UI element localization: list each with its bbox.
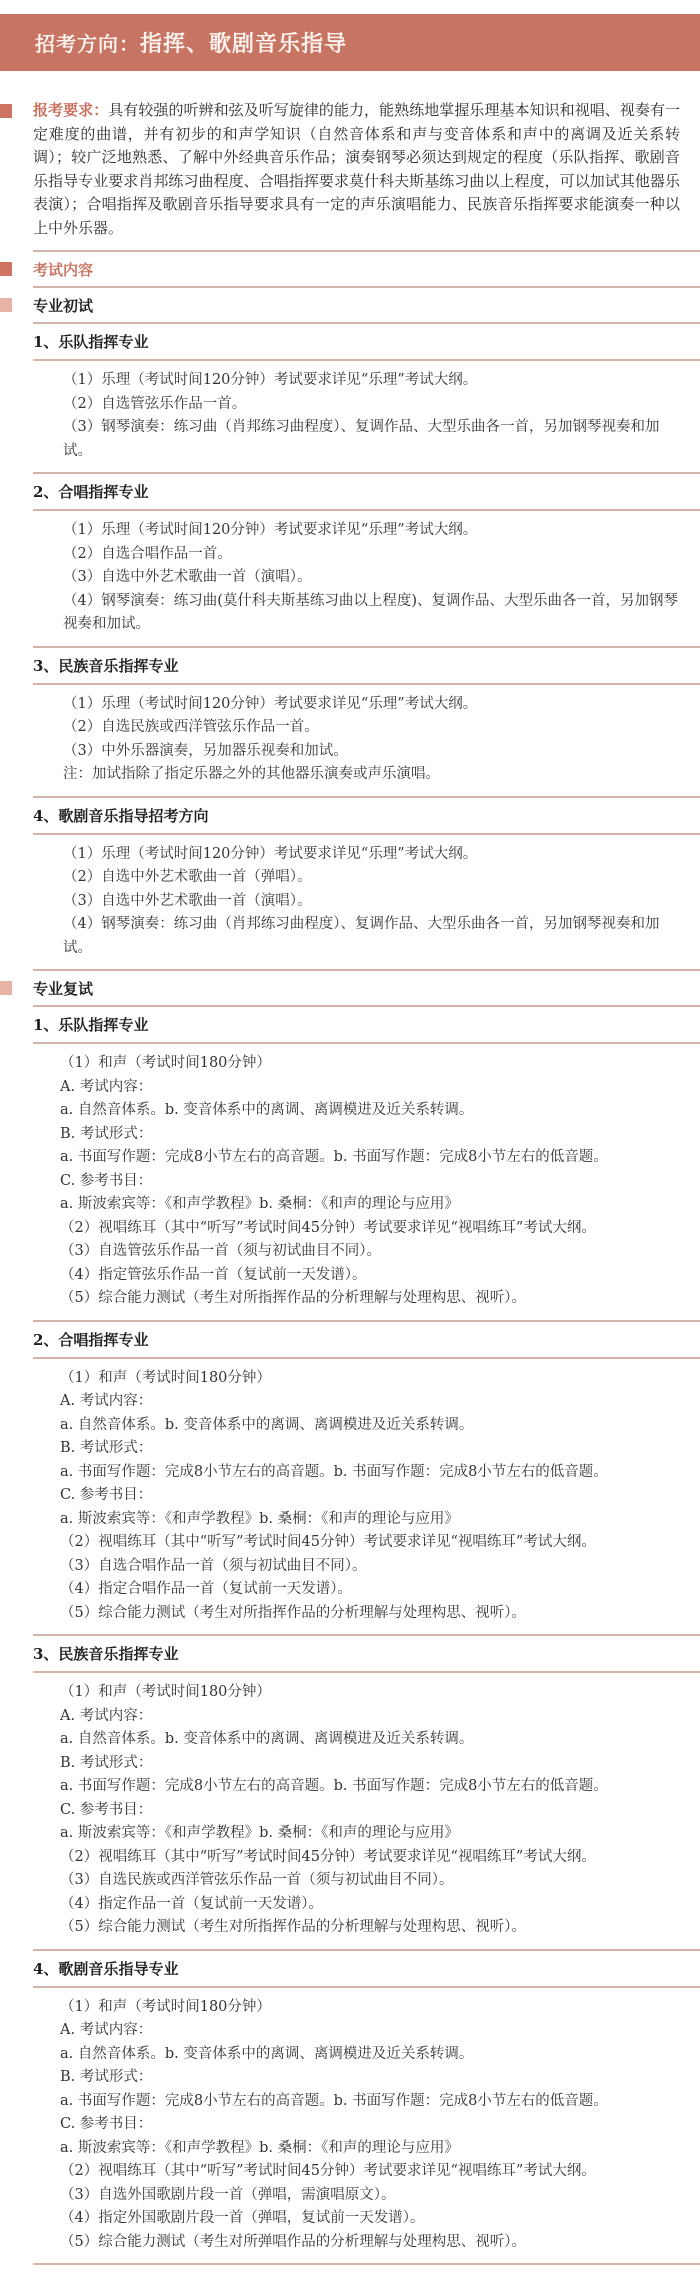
list-item: C. 参考书目： [60, 1799, 680, 1823]
list-item: （2）视唱练耳（其中“听写”考试时间45分钟）考试要求详见“视唱练耳”考试大纲。 [60, 1217, 680, 1241]
list-item: （4）指定管弦乐作品一首（复试前一天发谱）。 [60, 1264, 680, 1288]
major-title: 1、乐队指挥专业 [33, 1007, 700, 1042]
section-preliminary: 专业初试 [33, 288, 700, 324]
major-heading-row: 4、歌剧音乐指导招考方向 [33, 798, 700, 835]
list-item: （2）视唱练耳（其中“听写”考试时间45分钟）考试要求详见“视唱练耳”考试大纲。 [60, 1531, 680, 1555]
list-item: （1）和声（考试时间180分钟） [60, 1052, 680, 1076]
major-items: （1）和声（考试时间180分钟）A. 考试内容：a. 自然音体系。b. 变音体系… [33, 1044, 700, 1322]
major-items: （1）乐理（考试时间120分钟）考试要求详见“乐理”考试大纲。（2）自选管弦乐作… [33, 361, 700, 474]
list-item: a. 书面写作题：完成8小节左右的高音题。b. 书面写作题：完成8小节左右的低音… [60, 2090, 680, 2114]
major-heading-row: 1、乐队指挥专业 [33, 324, 700, 361]
page-title: 招考方向：指挥、歌剧音乐指导 [35, 27, 347, 58]
major-heading-row: 3、民族音乐指挥专业 [33, 1636, 700, 1673]
list-item: （5）综合能力测试（考生对所弹唱作品的分析理解与处理构思、视听）。 [60, 2231, 680, 2255]
subsection-marker-icon [0, 981, 12, 995]
page-title-text: 指挥、歌剧音乐指导 [140, 31, 347, 57]
list-item: a. 斯波索宾等：《和声学教程》b. 桑桐：《和声的理论与应用》 [60, 2137, 680, 2161]
list-item: （3）自选中外艺术歌曲一首（演唱）。 [63, 890, 680, 914]
list-item: （5）综合能力测试（考生对所指挥作品的分析理解与处理构思、视听）。 [60, 1602, 680, 1626]
section-exam-content: 考试内容 [33, 252, 700, 288]
major-heading-row: 2、合唱指挥专业 [33, 474, 700, 511]
major-title: 4、歌剧音乐指导招考方向 [33, 798, 700, 833]
list-item: （1）乐理（考试时间120分钟）考试要求详见“乐理”考试大纲。 [63, 843, 680, 867]
list-item: （5）综合能力测试（考生对所指挥作品的分析理解与处理构思、视听）。 [60, 1916, 680, 1940]
list-item: （3）自选外国歌剧片段一首（弹唱，需演唱原文）。 [60, 2184, 680, 2208]
list-item: （4）指定作品一首（复试前一天发谱）。 [60, 1893, 680, 1917]
list-item: （2）视唱练耳（其中“听写”考试时间45分钟）考试要求详见“视唱练耳”考试大纲。 [60, 2160, 680, 2184]
requirements-label: 报考要求： [33, 101, 108, 119]
major-heading-row: 4、歌剧音乐指导专业 [33, 1951, 700, 1988]
page: 招考方向：指挥、歌剧音乐指导 报考要求：具有较强的听辨和弦及听写旋律的能力，能熟… [0, 0, 700, 2295]
list-item: （4）钢琴演奏：练习曲（肖邦练习曲程度）、复调作品、大型乐曲各一首，另加钢琴视奏… [63, 913, 680, 960]
section-marker-icon [0, 262, 12, 276]
major-items: （1）乐理（考试时间120分钟）考试要求详见“乐理”考试大纲。（2）自选民族或西… [33, 685, 700, 798]
list-item: （3）自选中外艺术歌曲一首（演唱）。 [63, 566, 680, 590]
header-band: 招考方向：指挥、歌剧音乐指导 [0, 14, 700, 71]
list-item: （1）乐理（考试时间120分钟）考试要求详见“乐理”考试大纲。 [63, 693, 680, 717]
major-title: 2、合唱指挥专业 [33, 1322, 700, 1357]
list-item: （4）钢琴演奏：练习曲(莫什科夫斯基练习曲以上程度)、复调作品、大型乐曲各一首，… [63, 590, 680, 637]
list-item: B. 考试形式： [60, 1752, 680, 1776]
requirements-text: 具有较强的听辨和弦及听写旋律的能力，能熟练地掌握乐理基本知识和视唱、视奏有一定难… [33, 101, 680, 237]
list-item: （2）视唱练耳（其中“听写”考试时间45分钟）考试要求详见“视唱练耳”考试大纲。 [60, 1846, 680, 1870]
list-item: （3）自选合唱作品一首（须与初试曲目不同）。 [60, 1555, 680, 1579]
list-item: a. 斯波索宾等：《和声学教程》b. 桑桐：《和声的理论与应用》 [60, 1508, 680, 1532]
major-heading-row: 1、乐队指挥专业 [33, 1007, 700, 1044]
list-item: a. 自然音体系。b. 变音体系中的离调、离调模进及近关系转调。 [60, 2043, 680, 2067]
list-item: A. 考试内容： [60, 2019, 680, 2043]
list-item: （5）综合能力测试（考生对所指挥作品的分析理解与处理构思、视听）。 [60, 1287, 680, 1311]
section-title: 考试内容 [33, 259, 93, 280]
list-item: （1）和声（考试时间180分钟） [60, 1681, 680, 1705]
major-items: （1）和声（考试时间180分钟）A. 考试内容：a. 自然音体系。b. 变音体系… [33, 1673, 700, 1951]
list-item: （3）自选民族或西洋管弦乐作品一首（须与初试曲目不同）。 [60, 1869, 680, 1893]
list-item: A. 考试内容： [60, 1390, 680, 1414]
major-title: 2、合唱指挥专业 [33, 474, 700, 509]
list-item: a. 书面写作题：完成8小节左右的高音题。b. 书面写作题：完成8小节左右的低音… [60, 1146, 680, 1170]
list-item: a. 自然音体系。b. 变音体系中的离调、离调模进及近关系转调。 [60, 1728, 680, 1752]
list-item: a. 自然音体系。b. 变音体系中的离调、离调模进及近关系转调。 [60, 1099, 680, 1123]
major-title: 3、民族音乐指挥专业 [33, 1636, 700, 1671]
major-items: （1）乐理（考试时间120分钟）考试要求详见“乐理”考试大纲。（2）自选合唱作品… [33, 511, 700, 648]
list-item: a. 斯波索宾等：《和声学教程》b. 桑桐：《和声的理论与应用》 [60, 1193, 680, 1217]
major-heading-row: 3、民族音乐指挥专业 [33, 648, 700, 685]
major-heading-row: 2、合唱指挥专业 [33, 1322, 700, 1359]
section-final: 专业复试 [33, 971, 700, 1007]
list-item: a. 自然音体系。b. 变音体系中的离调、离调模进及近关系转调。 [60, 1414, 680, 1438]
major-title: 1、乐队指挥专业 [33, 324, 700, 359]
major-title: 4、歌剧音乐指导专业 [33, 1951, 700, 1986]
list-item: 注：加试指除了指定乐器之外的其他器乐演奏或声乐演唱。 [63, 763, 680, 787]
list-item: A. 考试内容： [60, 1076, 680, 1100]
list-item: （4）指定外国歌剧片段一首（弹唱，复试前一天发谱）。 [60, 2207, 680, 2231]
major-items: （1）和声（考试时间180分钟）A. 考试内容：a. 自然音体系。b. 变音体系… [33, 1988, 700, 2266]
major-items: （1）乐理（考试时间120分钟）考试要求详见“乐理”考试大纲。（2）自选中外艺术… [33, 835, 700, 972]
list-item: （2）自选民族或西洋管弦乐作品一首。 [63, 716, 680, 740]
list-item: （3）中外乐器演奏，另加器乐视奏和加试。 [63, 740, 680, 764]
list-item: （4）指定合唱作品一首（复试前一天发谱）。 [60, 1578, 680, 1602]
list-item: （1）乐理（考试时间120分钟）考试要求详见“乐理”考试大纲。 [63, 519, 680, 543]
list-item: A. 考试内容： [60, 1705, 680, 1729]
list-item: B. 考试形式： [60, 2066, 680, 2090]
final-majors: 1、乐队指挥专业（1）和声（考试时间180分钟）A. 考试内容：a. 自然音体系… [0, 1007, 700, 2265]
list-item: （3）钢琴演奏：练习曲（肖邦练习曲程度）、复调作品、大型乐曲各一首，另加钢琴视奏… [63, 416, 680, 463]
requirements-block: 报考要求：具有较强的听辨和弦及听写旋律的能力，能熟练地掌握乐理基本知识和视唱、视… [33, 85, 700, 252]
list-item: （1）乐理（考试时间120分钟）考试要求详见“乐理”考试大纲。 [63, 369, 680, 393]
list-item: a. 书面写作题：完成8小节左右的高音题。b. 书面写作题：完成8小节左右的低音… [60, 1461, 680, 1485]
list-item: a. 斯波索宾等：《和声学教程》b. 桑桐：《和声的理论与应用》 [60, 1822, 680, 1846]
major-title: 3、民族音乐指挥专业 [33, 648, 700, 683]
section-marker-icon [0, 104, 12, 118]
list-item: a. 书面写作题：完成8小节左右的高音题。b. 书面写作题：完成8小节左右的低音… [60, 1775, 680, 1799]
page-title-prefix: 招考方向： [35, 32, 140, 56]
list-item: （2）自选合唱作品一首。 [63, 543, 680, 567]
preliminary-majors: 1、乐队指挥专业（1）乐理（考试时间120分钟）考试要求详见“乐理”考试大纲。（… [0, 324, 700, 971]
subsection-marker-icon [0, 298, 12, 312]
list-item: （1）和声（考试时间180分钟） [60, 1996, 680, 2020]
list-item: C. 参考书目： [60, 1484, 680, 1508]
list-item: B. 考试形式： [60, 1123, 680, 1147]
major-items: （1）和声（考试时间180分钟）A. 考试内容：a. 自然音体系。b. 变音体系… [33, 1359, 700, 1637]
list-item: （2）自选管弦乐作品一首。 [63, 393, 680, 417]
list-item: B. 考试形式： [60, 1437, 680, 1461]
list-item: C. 参考书目： [60, 2113, 680, 2137]
section-title: 专业初试 [33, 295, 93, 316]
list-item: （3）自选管弦乐作品一首（须与初试曲目不同）。 [60, 1240, 680, 1264]
list-item: （1）和声（考试时间180分钟） [60, 1367, 680, 1391]
list-item: C. 参考书目： [60, 1170, 680, 1194]
list-item: （2）自选中外艺术歌曲一首（弹唱）。 [63, 866, 680, 890]
section-title: 专业复试 [33, 978, 93, 999]
